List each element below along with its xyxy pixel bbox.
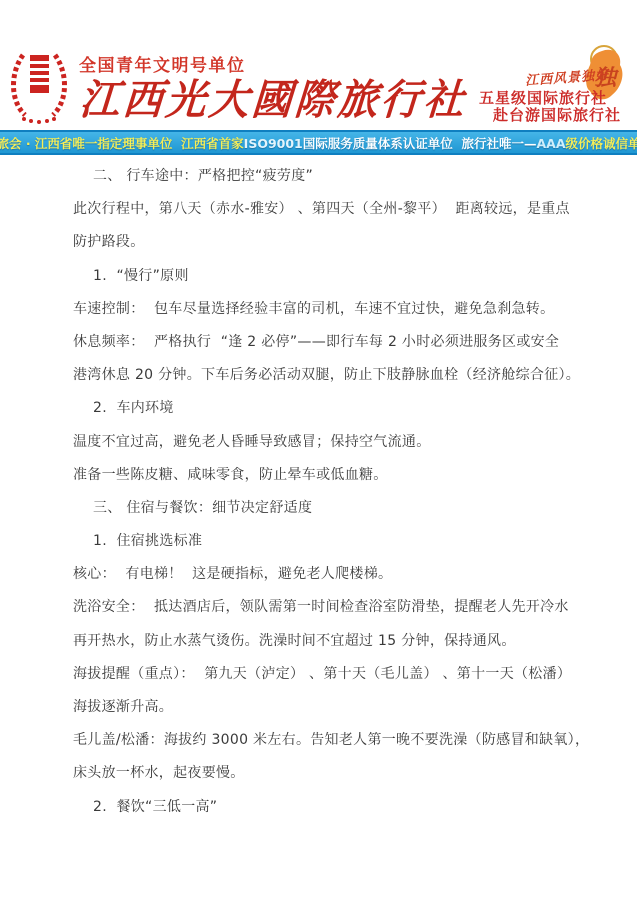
everbright-wreath-logo-icon [8,47,70,127]
doc-line: 1. 住宿挑选标准 [0,525,637,558]
certification-banner: 海旅会 · 江西省唯一指定理事单位 江西省首家ISO9001国际服务质量体系认证… [0,130,637,155]
banner-segment: 国际服务质量体系认证单位 [303,136,462,151]
letterhead: 全国青年文明号单位 江西光大國際旅行社 独 江西风景独好 五星级国际旅行社 赴台… [0,45,637,130]
doc-line: 港湾休息 20 分钟。下车后务必活动双腿，防止下肢静脉血栓（经济舱综合征）。 [0,359,637,392]
doc-line: 2. 餐饮“三低一高” [0,791,637,824]
doc-line: 海拔逐渐升高。 [0,691,637,724]
agency-name-calligraphy: 江西光大國際旅行社 [78,67,469,126]
document-page: 全国青年文明号单位 江西光大國際旅行社 独 江西风景独好 五星级国际旅行社 赴台… [0,0,637,900]
doc-line: 1. “慢行”原则 [0,260,637,293]
banner-text: 海旅会 · 江西省唯一指定理事单位 江西省首家ISO9001国际服务质量体系认证… [0,134,637,152]
doc-line: 2. 车内环境 [0,392,637,425]
banner-segment: 海旅会 · 江西省唯一指定理事单位 [0,136,181,151]
right-badge: 独 江西风景独好 五星级国际旅行社 赴台游国际旅行社 [457,45,627,130]
doc-line: 海拔提醒（重点）： 第九天（泸定） 、第十天（毛儿盖） 、第十一天（松潘） [0,658,637,691]
doc-line: 核心： 有电梯！ 这是硬指标，避免老人爬楼梯。 [0,558,637,591]
badge-taiwan-travel: 赴台游国际旅行社 [493,104,621,125]
doc-line: 三、 住宿与餐饮：细节决定舒适度 [0,492,637,525]
document-body: 二、 行车途中：严格把控“疲劳度”此次行程中，第八天（赤水-雅安） 、第四天（全… [0,160,637,824]
banner-segment: 江西省首家 [181,136,244,151]
doc-line: 温度不宜过高，避免老人昏睡导致感冒；保持空气流通。 [0,426,637,459]
doc-line: 此次行程中，第八天（赤水-雅安） 、第四天（全州-黎平） 距离较远，是重点 [0,193,637,226]
doc-line: 防护路段。 [0,226,637,259]
doc-line: 二、 行车途中：严格把控“疲劳度” [0,160,637,193]
doc-line: 洗浴安全： 抵达酒店后，领队需第一时间检查浴室防滑垫，提醒老人先开冷水 [0,591,637,624]
banner-segment: AAA [536,136,565,151]
doc-line: 毛儿盖/松潘：海拔约 3000 米左右。告知老人第一晚不要洗澡（防感冒和缺氧）， [0,724,637,757]
doc-line: 床头放一杯水，起夜要慢。 [0,757,637,790]
banner-segment: 级价格诚信单位 [566,136,637,151]
doc-line: 准备一些陈皮糖、咸味零食，防止晕车或低血糖。 [0,459,637,492]
doc-line: 车速控制： 包车尽量选择经验丰富的司机，车速不宜过快，避免急刹急转。 [0,293,637,326]
banner-segment: 旅行社唯一— [461,136,536,151]
banner-segment: ISO9001 [244,136,303,151]
doc-line: 休息频率： 严格执行 “逢 2 必停”——即行车每 2 小时必须进服务区或安全 [0,326,637,359]
doc-line: 再开热水，防止水蒸气烫伤。洗澡时间不宜超过 15 分钟，保持通风。 [0,625,637,658]
